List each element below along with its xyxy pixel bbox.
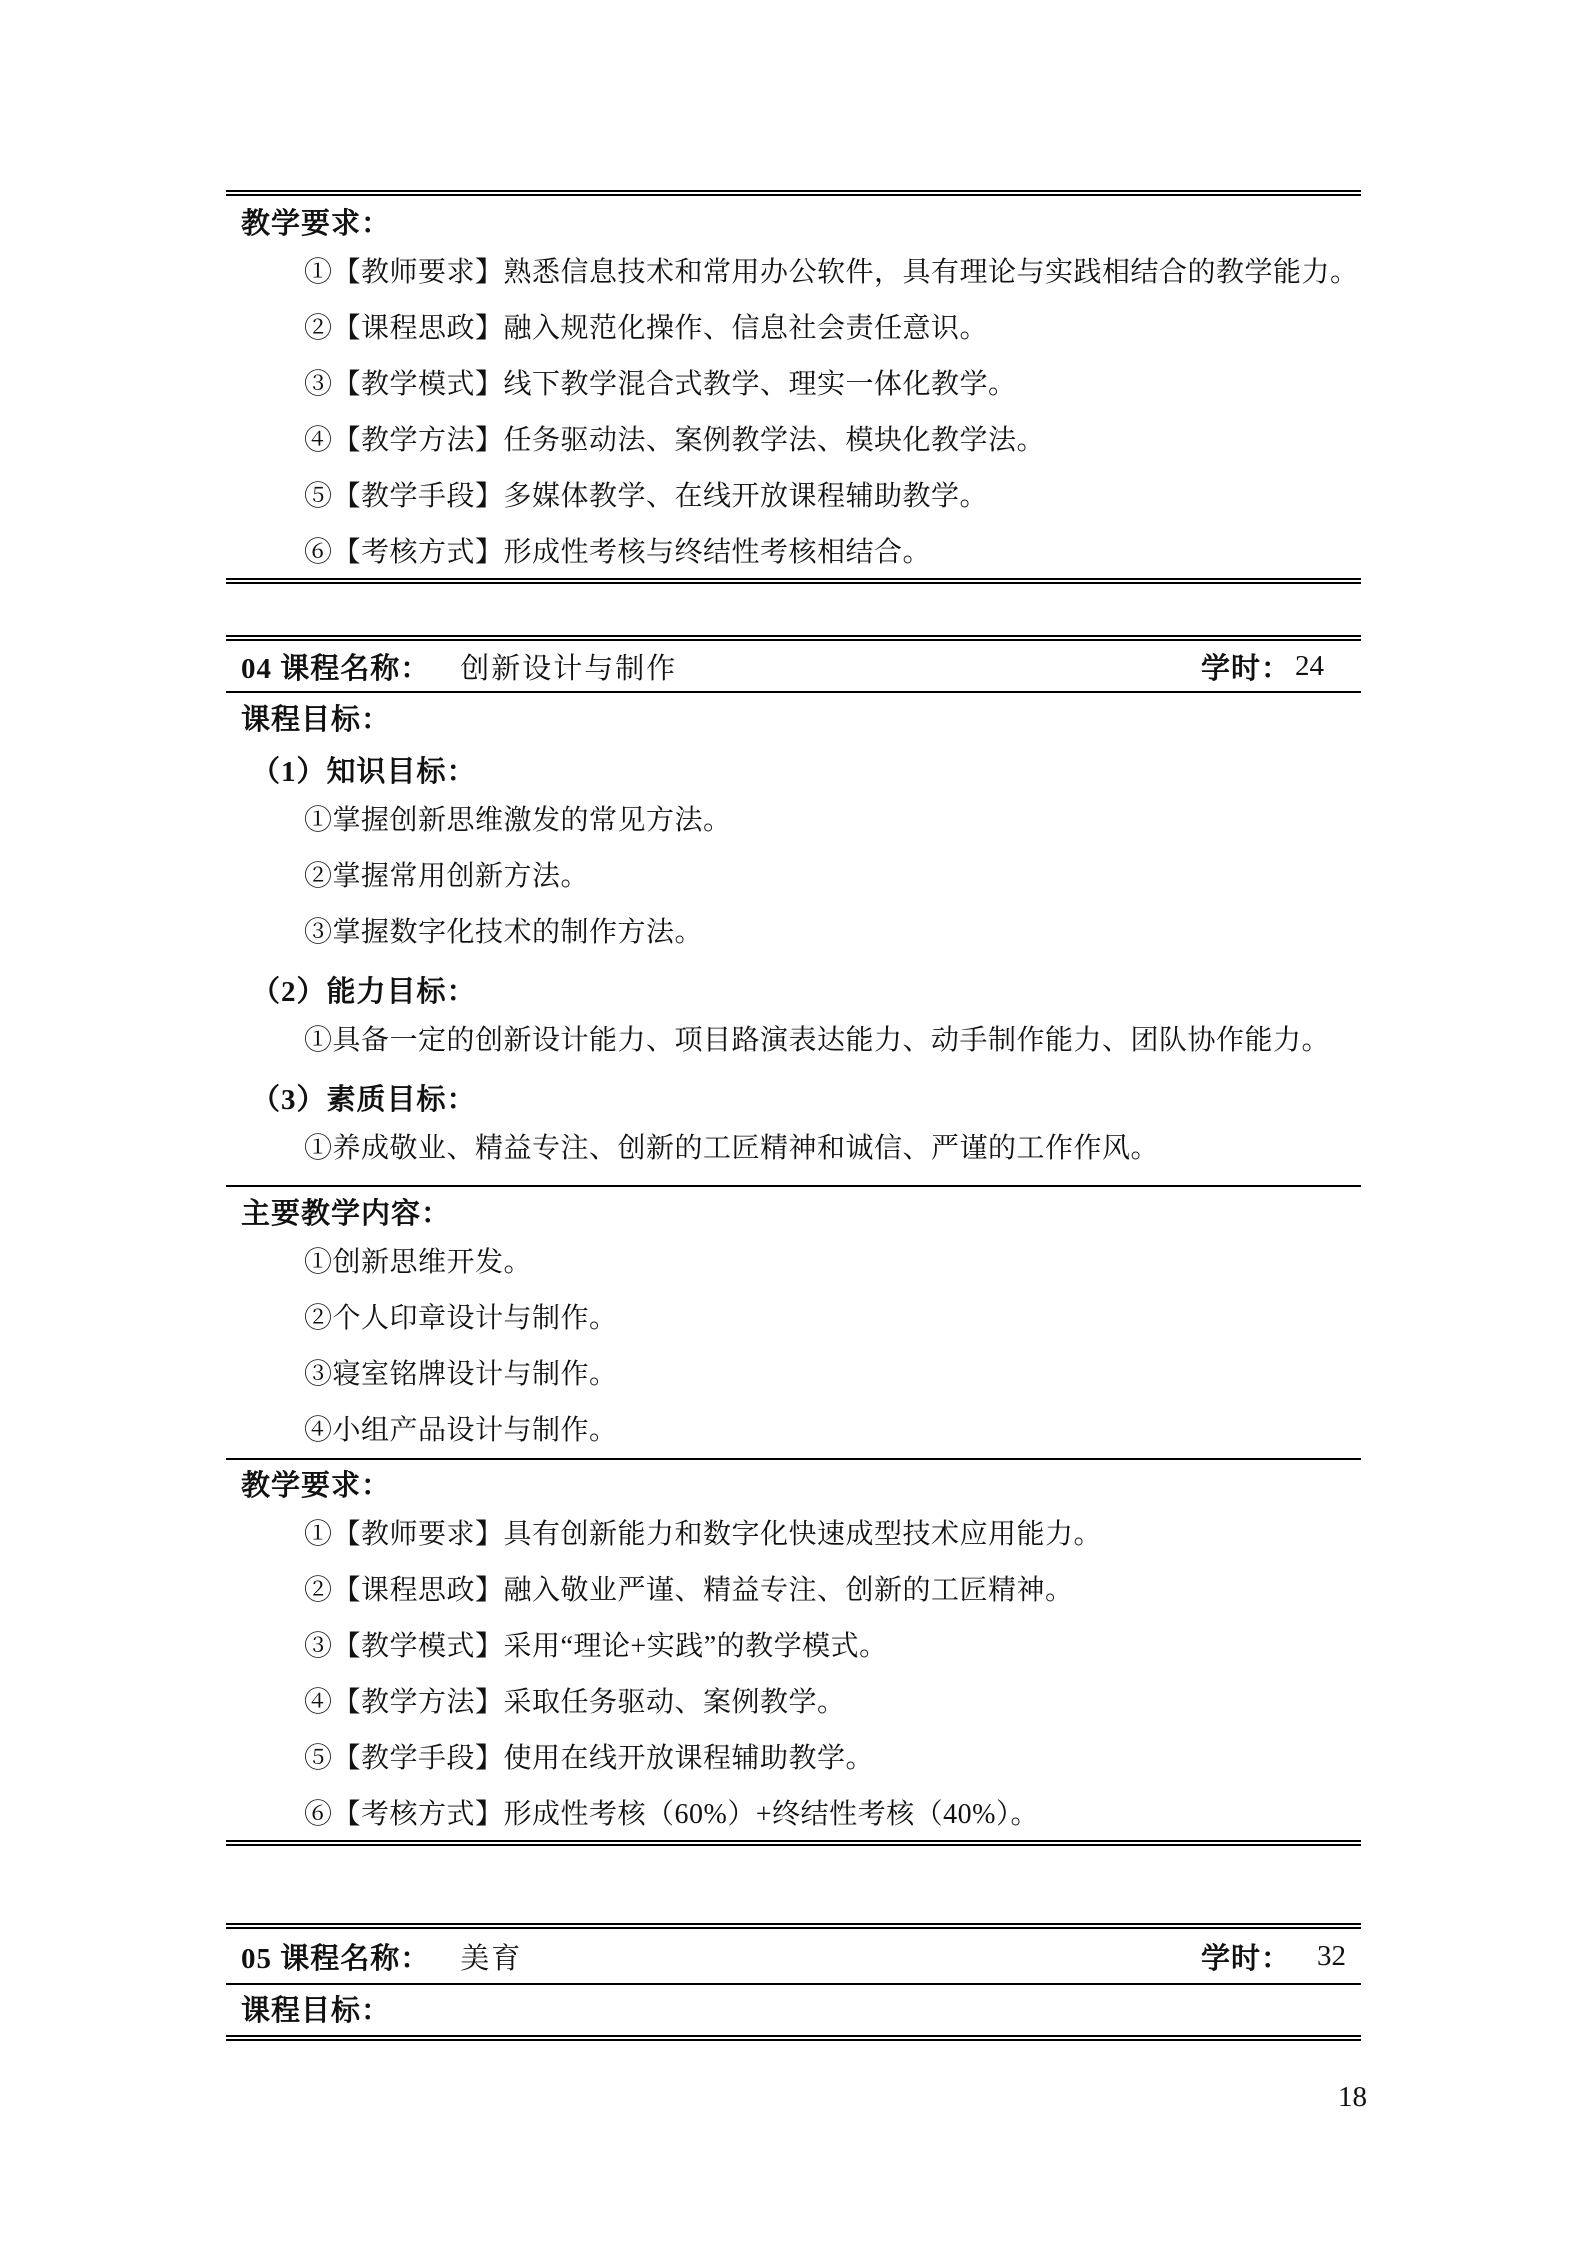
list-item: ①养成敬业、精益专注、创新的工匠精神和诚信、严谨的工作作风。: [226, 1118, 1361, 1174]
course-04-table: 04 课程名称： 创新设计与制作 学时： 24 课程目标： （1）知识目标： ①…: [226, 635, 1361, 1846]
list-item: ③寝室铭牌设计与制作。: [226, 1344, 1361, 1400]
list-item-text: ④【教学方法】采取任务驱动、案例教学。: [304, 1680, 846, 1720]
list-item: ④【教学方法】任务驱动法、案例教学法、模块化教学法。: [226, 410, 1361, 466]
list-item: ⑥【考核方式】形成性考核（60%）+终结性考核（40%）。: [226, 1784, 1361, 1840]
objective-group-knowledge: （1）知识目标： ①掌握创新思维激发的常见方法。 ②掌握常用创新方法。: [226, 754, 1361, 958]
list-item-text: ⑥【考核方式】形成性考核（60%）+终结性考核（40%）。: [304, 1792, 1039, 1832]
list-item-text: ③寝室铭牌设计与制作。: [304, 1352, 618, 1392]
list-item: ②掌握常用创新方法。: [226, 846, 1361, 902]
list-item: ③【教学模式】线下教学混合式教学、理实一体化教学。: [226, 354, 1361, 410]
list-item: ③【教学模式】采用“理论+实践”的教学模式。: [226, 1616, 1361, 1672]
teaching-requirements-list: ①【教师要求】熟悉信息技术和常用办公软件，具有理论与实践相结合的教学能力。 ②【…: [226, 242, 1361, 578]
hours-label: 学时：: [1201, 646, 1291, 687]
list-item-text: ⑤【教学手段】使用在线开放课程辅助教学。: [304, 1736, 874, 1776]
teaching-requirements-heading: 教学要求：: [226, 206, 1361, 242]
course-05-table: 05 课程名称： 美育 学时： 32 课程目标：: [226, 1923, 1361, 2041]
course-04-header-row: 04 课程名称： 创新设计与制作 学时： 24: [226, 641, 1361, 693]
list-item-text: ②【课程思政】融入规范化操作、信息社会责任意识。: [304, 306, 988, 346]
list-item: ②【课程思政】融入规范化操作、信息社会责任意识。: [226, 298, 1361, 354]
list-item-text: ①【教师要求】具有创新能力和数字化快速成型技术应用能力。: [304, 1512, 1102, 1552]
list-item-text: ③【教学模式】采用“理论+实践”的教学模式。: [304, 1624, 888, 1664]
list-item-text: ①掌握创新思维激发的常见方法。: [304, 798, 732, 838]
list-item-text: ②【课程思政】融入敬业严谨、精益专注、创新的工匠精神。: [304, 1568, 1074, 1608]
course-hours: 学时： 24: [1201, 641, 1324, 691]
list-item: ①【教师要求】具有创新能力和数字化快速成型技术应用能力。: [226, 1504, 1361, 1560]
document-page: 教学要求： ①【教师要求】熟悉信息技术和常用办公软件，具有理论与实践相结合的教学…: [0, 0, 1587, 2245]
list-item-text: ①【教师要求】熟悉信息技术和常用办公软件，具有理论与实践相结合的教学能力。: [304, 250, 1359, 290]
list-item: ②【课程思政】融入敬业严谨、精益专注、创新的工匠精神。: [226, 1560, 1361, 1616]
list-item-text: ①创新思维开发。: [304, 1240, 532, 1280]
course-05-objectives-row: 课程目标：: [226, 1985, 1361, 2035]
list-item-text: ③【教学模式】线下教学混合式教学、理实一体化教学。: [304, 362, 1017, 402]
ability-objectives-list: ①具备一定的创新设计能力、项目路演表达能力、动手制作能力、团队协作能力。: [226, 1010, 1361, 1066]
course-objectives-heading: 课程目标：: [226, 702, 1361, 738]
teaching-requirements-heading: 教学要求：: [226, 1468, 1361, 1504]
course-number-label: 04 课程名称：: [241, 646, 430, 687]
objective-group-quality: （3）素质目标： ①养成敬业、精益专注、创新的工匠精神和诚信、严谨的工作作风。: [226, 1082, 1361, 1174]
list-item-text: ⑤【教学手段】多媒体教学、在线开放课程辅助教学。: [304, 474, 988, 514]
hours-value: 24: [1295, 650, 1324, 683]
quality-objectives-subheading: （3）素质目标：: [226, 1082, 1361, 1118]
teaching-requirements-list: ①【教师要求】具有创新能力和数字化快速成型技术应用能力。 ②【课程思政】融入敬业…: [226, 1504, 1361, 1840]
list-item-text: ②个人印章设计与制作。: [304, 1296, 618, 1336]
list-item: ③掌握数字化技术的制作方法。: [226, 902, 1361, 958]
hours-label: 学时：: [1201, 1936, 1291, 1977]
list-item-text: ⑥【考核方式】形成性考核与终结性考核相结合。: [304, 530, 931, 570]
list-item: ①掌握创新思维激发的常见方法。: [226, 790, 1361, 846]
objective-group-ability: （2）能力目标： ①具备一定的创新设计能力、项目路演表达能力、动手制作能力、团队…: [226, 974, 1361, 1066]
list-item: ⑤【教学手段】多媒体教学、在线开放课程辅助教学。: [226, 466, 1361, 522]
course-04-content-row: 主要教学内容： ①创新思维开发。 ②个人印章设计与制作。 ③寝室铭牌设计与制作。: [226, 1187, 1361, 1460]
course-04-requirements-row: 教学要求： ①【教师要求】具有创新能力和数字化快速成型技术应用能力。 ②【课程思…: [226, 1460, 1361, 1840]
list-item: ①【教师要求】熟悉信息技术和常用办公软件，具有理论与实践相结合的教学能力。: [226, 242, 1361, 298]
list-item-text: ③掌握数字化技术的制作方法。: [304, 910, 703, 950]
course-name: 创新设计与制作: [460, 646, 677, 687]
knowledge-objectives-subheading: （1）知识目标：: [226, 754, 1361, 790]
list-item: ④小组产品设计与制作。: [226, 1400, 1361, 1456]
page-number: 18: [1338, 2082, 1367, 2112]
list-item: ①创新思维开发。: [226, 1232, 1361, 1288]
prev-course-requirements-section: 教学要求： ①【教师要求】熟悉信息技术和常用办公软件，具有理论与实践相结合的教学…: [226, 190, 1361, 584]
list-item-text: ④【教学方法】任务驱动法、案例教学法、模块化教学法。: [304, 418, 1045, 458]
list-item-text: ④小组产品设计与制作。: [304, 1408, 618, 1448]
quality-objectives-list: ①养成敬业、精益专注、创新的工匠精神和诚信、严谨的工作作风。: [226, 1118, 1361, 1174]
main-teaching-content-list: ①创新思维开发。 ②个人印章设计与制作。 ③寝室铭牌设计与制作。 ④小组产品设计…: [226, 1232, 1361, 1456]
knowledge-objectives-list: ①掌握创新思维激发的常见方法。 ②掌握常用创新方法。 ③掌握数字化技术的制作方法…: [226, 790, 1361, 958]
course-05-header-row: 05 课程名称： 美育 学时： 32: [226, 1929, 1361, 1985]
course-04-objectives-row: 课程目标： （1）知识目标： ①掌握创新思维激发的常见方法。 ②掌握常用创新方法…: [226, 693, 1361, 1187]
main-teaching-content-heading: 主要教学内容：: [226, 1196, 1361, 1232]
course-hours: 学时： 32: [1201, 1929, 1346, 1983]
list-item: ②个人印章设计与制作。: [226, 1288, 1361, 1344]
course-number-label: 05 课程名称：: [241, 1936, 430, 1977]
ability-objectives-subheading: （2）能力目标：: [226, 974, 1361, 1010]
list-item: ⑥【考核方式】形成性考核与终结性考核相结合。: [226, 522, 1361, 578]
list-item: ①具备一定的创新设计能力、项目路演表达能力、动手制作能力、团队协作能力。: [226, 1010, 1361, 1066]
course-objectives-heading: 课程目标：: [226, 1993, 1361, 2029]
course-name: 美育: [460, 1936, 522, 1977]
list-item: ④【教学方法】采取任务驱动、案例教学。: [226, 1672, 1361, 1728]
list-item-text: ②掌握常用创新方法。: [304, 854, 589, 894]
hours-value: 32: [1317, 1940, 1346, 1973]
list-item: ⑤【教学手段】使用在线开放课程辅助教学。: [226, 1728, 1361, 1784]
page-content: 教学要求： ①【教师要求】熟悉信息技术和常用办公软件，具有理论与实践相结合的教学…: [226, 190, 1361, 2041]
list-item-text: ①养成敬业、精益专注、创新的工匠精神和诚信、严谨的工作作风。: [304, 1126, 1159, 1166]
list-item-text: ①具备一定的创新设计能力、项目路演表达能力、动手制作能力、团队协作能力。: [304, 1018, 1330, 1058]
